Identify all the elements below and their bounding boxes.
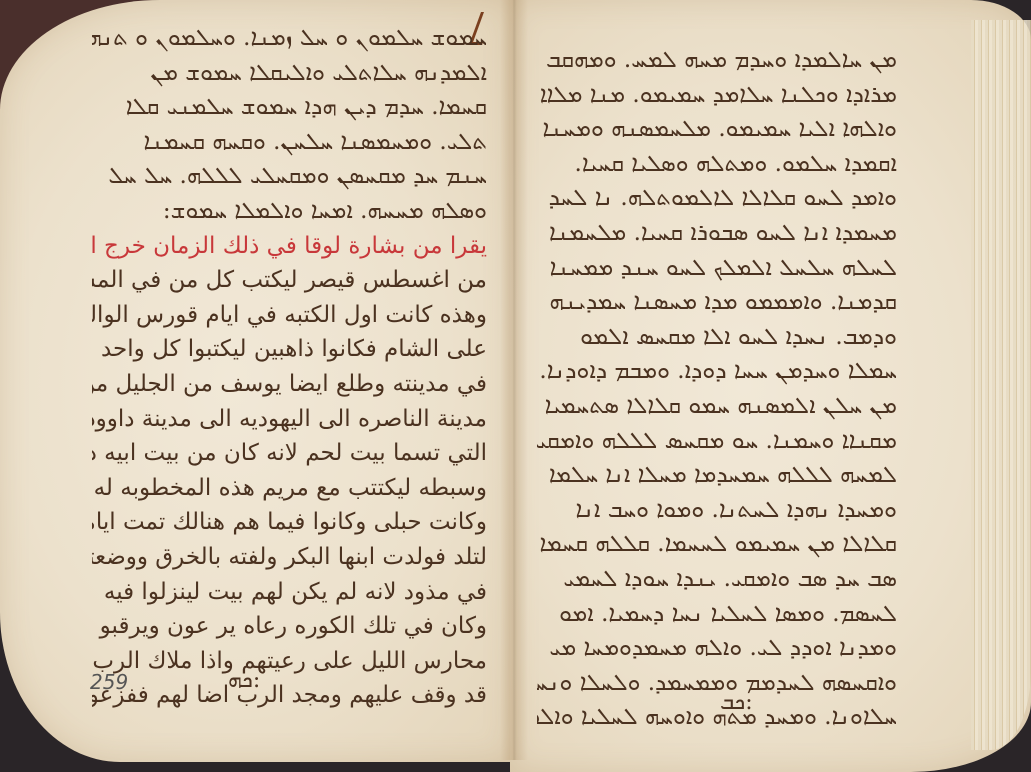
garshuni-line: ܬܠܝ. ܘܡܚܡܣܢܐ ܚܠܚܢ. ܘܩܚܗ ܩܚܡܢܐ: [92, 125, 487, 160]
arabic-line: التي تسما بيت لحم لانه كان من بيت ابيه د…: [92, 436, 487, 471]
arabic-line: في مذود لانه لم يكن لهم بيت لينزلوا فيه: [92, 575, 487, 610]
open-manuscript: ܚܡܘܫ ܚܠܡܘܢ ܘ ܚܠ ܙܡܢܐ. ܘܚܠܡܘܢ ܘ ܬܢܗ ܐܠܡܕܢ…: [0, 0, 1031, 772]
garshuni-line: ܚܡܠܐ ܘܚܕܡܢ ܚܚܐ ܕܘܕܐ. ܘܡܒܡ ܕܐܘܕܢܐ.: [537, 354, 897, 389]
garshuni-line: ܘܐܡܕ ܠܚܘ ܩܠܐܠܐ ܠܐܠܡܘܬܠܗ. ܢܐ ܠܚܕ: [537, 181, 897, 216]
left-catchword: ܟܗ:: [228, 668, 260, 693]
arabic-line: مدينة الناصره الى اليهوديه الى مدينة داو…: [92, 402, 487, 437]
garshuni-line: ܩܕܡܢܐ. ܘܐܡܡܡܘ ܡܕܐ ܡܚܣܢܐ ܚܡܕܝܢܗ: [537, 285, 897, 320]
arabic-line: على الشام فكانوا ذاهبين ليكتبوا كل واحد: [92, 332, 487, 367]
arabic-line: وسبطه ليكتتب مع مريم هذه المخطوبه له: [92, 471, 487, 506]
garshuni-line: ܡܚܡܕܐ ܐܢܐ ܠܚܘ ܣܒܘܪܐ ܩܚܝܐ. ܡܠܚܡܢܐ: [537, 216, 897, 251]
garshuni-line: ܡܩܢܐܐ ܘܚܡܢܐ. ܚܘ ܡܩܚܣ ܠܠܠܗ ܘܐܡܩܝ.: [537, 424, 897, 459]
garshuni-line: ܩܚܡܐ. ܚܕܡ ܕܝܢ ܗܕܐ ܚܡܘܫ ܚܠܡܢܝ ܩܠܐ: [92, 90, 487, 125]
arabic-line: من اغسطس قيصر ليكتب كل من في المسكونه: [92, 263, 487, 298]
arabic-line: وكانت حبلى وكانوا فيما هم هنالك تمت ايام…: [92, 505, 487, 540]
arabic-line: في مدينته وطلع ايضا يوسف من الجليل من: [92, 367, 487, 402]
arabic-line: محارس الليل على رعيتهم واذا ملاك الرب: [92, 644, 487, 679]
garshuni-line: ܚܡܘܫ ܚܠܡܘܢ ܘ ܚܠ ܙܡܢܐ. ܘܚܠܡܘܢ ܘ ܬܢܗ: [92, 21, 487, 56]
garshuni-line: ܡܢ ܚܠܢ ܐܠܡܣܢܗ ܚܡܘ ܩܠܐܠܐ ܣܬܚܡܝܐ: [537, 389, 897, 424]
garshuni-line: ܚܠܐܘܢܐ. ܘܡܚܕ ܡܬܗ ܘܐܘܚܗ ܠܚܠܝܐ ܘܐܠܡܠܝܐ: [537, 700, 897, 735]
garshuni-line: ܘܐܩܚܣܗ ܠܚܕܡܡ ܘܡܡܚܡܕ. ܘܠܚܠܐ ܘܢܚܗ: [537, 666, 897, 701]
garshuni-line: ܠܚܠܗ ܚܠܚܠ ܐܠܡܠܟ ܠܚܘ ܚܢܕ ܡܡܚܢܐ: [537, 251, 897, 286]
garshuni-line: ܘܕܡܒ. ܢܚܕܐ ܠܚܘ ܐܠܐ ܡܩܚܣ ܐܠܡܘ: [537, 320, 897, 355]
arabic-line: لتلد فولدت ابنها البكر ولفته بالخرق ووضع…: [92, 540, 487, 575]
garshuni-line: ܘܡܕܢܐ ܐܘܕܕ ܠܝ. ܘܐܠܗ ܡܚܡܕܘܡܚܐ ܡܝ: [537, 631, 897, 666]
garshuni-line: ܘܡܚܕܐ ܢܗܕܐ ܠܚܬܢܐ. ܘܡܘܐ ܘܚܒ ܐܢܐ: [537, 493, 897, 528]
arabic-line: وهذه كانت اول الكتبه في ايام قورس الوالي: [92, 298, 487, 333]
garshuni-line: ܡܪܐܕܐ ܘܟܠܢܐ ܚܠܐܡܕ ܚܡܝܡܘ. ܡܢܐ ܡܠܐܐ: [537, 78, 897, 113]
garshuni-line: ܠܡܚܗ ܠܠܠܗ ܚܡܚܕܡܐ ܡܚܠܐ ܐܢܐ ܚܠܡܐ: [537, 458, 897, 493]
garshuni-line: ܠܚܣܡ. ܘܡܣܐ ܠܚܠܝܐ ܢܚܐ ܕܚܡܝܐ. ܐܡܘ: [537, 597, 897, 632]
garshuni-line: ܚܢܡ ܚܕ ܡܩܚܣܢ ܘܡܩܚܠܝ ܠܠܠܗ. ܚܠ ܚܠ: [92, 159, 487, 194]
book-gutter: [500, 0, 528, 760]
left-page-text: ܚܡܘܫ ܚܠܡܘܢ ܘ ܚܠ ܙܡܢܐ. ܘܚܠܡܘܢ ܘ ܬܢܗ ܐܠܡܕܢ…: [92, 21, 487, 713]
arabic-line: قد وقف عليهم ومجد الرب اضا لهم ففزعوا: [92, 678, 487, 713]
right-page-text: ܡܢ ܚܐܠܡܕܐ ܘܚܕܡ ܡܚܗ ܠܡܚ. ܘܡܗܩܒ ܡܪܐܕܐ ܘܟܠܢ…: [537, 43, 897, 735]
page-edges: [971, 20, 1031, 750]
garshuni-line: ܡܢ ܚܐܠܡܕܐ ܘܚܕܡ ܡܚܗ ܠܡܚ. ܘܡܗܩܒ: [537, 43, 897, 78]
garshuni-line: ܐܠܡܕܢܗ ܚܠܐܬܠܝ ܘܐܠܝܩܠܐ ܚܡܘܫ ܡܢ: [92, 56, 487, 91]
garshuni-line: ܘܣܠܗ ܡܚܚܗ. ܐܡܚܐ ܘܐܠܡܠܐ ܚܡܘܫ:: [92, 194, 487, 229]
garshuni-line: ܩܠܐܠܐ ܡܢ ܚܡܝܡܘ ܠܚܚܡܐ. ܩܠܠܗ ܩܚܡܐ: [537, 527, 897, 562]
rubric-heading: يقرا من بشارة لوقا في ذلك الزمان خرج امر: [92, 229, 487, 264]
garshuni-line: ܐܩܡܕܐ ܚܠܡܘ. ܘܡܬܠܗ ܘܣܠܝܐ ܩܚܝܐ.: [537, 147, 897, 182]
arabic-line: وكان في تلك الكوره رعاه ير عون ويرقبو: [92, 609, 487, 644]
garshuni-line: ܘܐܠܗܐ ܐܠܝܐ ܚܡܝܡܘ. ܡܠܚܡܣܢܗ ܘܡܚܢܐ: [537, 112, 897, 147]
garshuni-line: ܣܒ ܚܕ ܣܒ ܘܐܡܩܝ. ܝܢܕܐ ܚܘܕܐ ܠܚܡܝ: [537, 562, 897, 597]
folio-number: 259: [90, 670, 128, 694]
right-catchword: ܟܒ:: [720, 690, 753, 715]
